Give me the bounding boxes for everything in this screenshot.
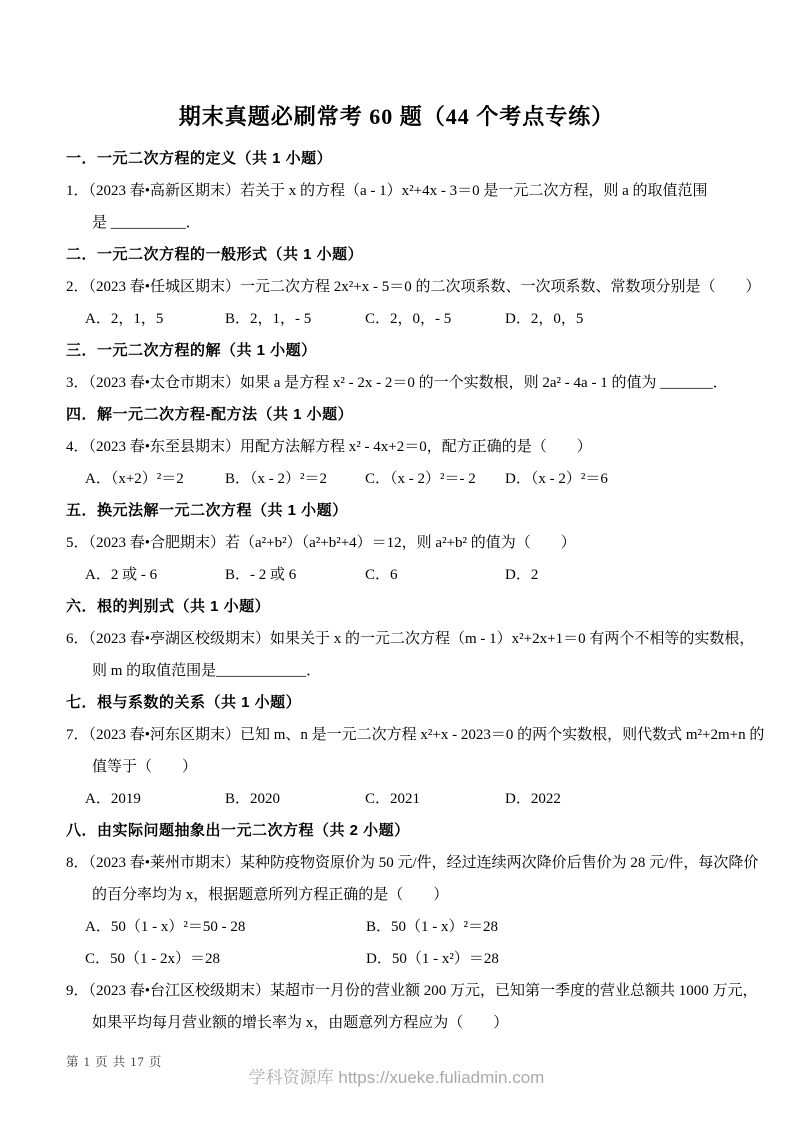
- question-4-options: A．（x+2）²＝2 B．（x - 2）²＝2 C．（x - 2）²＝- 2 D…: [66, 463, 727, 495]
- question-9-line-1: 9．（2023 春•台江区校级期末）某超市一月份的营业额 200 万元，已知第一…: [66, 975, 727, 1007]
- question-5-options: A．2 或 - 6 B．- 2 或 6 C．6 D．2: [66, 559, 727, 591]
- question-7-option-c: C．2021: [365, 783, 505, 815]
- question-7-option-a: A．2019: [85, 783, 225, 815]
- section-7-heading: 七．根与系数的关系（共 1 小题）: [66, 687, 727, 719]
- question-2-line-1: 2．（2023 春•任城区期末）一元二次方程 2x²+x - 5＝0 的二次项系…: [66, 271, 727, 303]
- question-5-option-a: A．2 或 - 6: [85, 559, 225, 591]
- question-5-option-d: D．2: [505, 559, 538, 591]
- question-4-option-b: B．（x - 2）²＝2: [225, 463, 365, 495]
- question-2-options: A．2，1，5 B．2，1，- 5 C．2，0，- 5 D．2，0，5: [66, 303, 727, 335]
- question-4-option-d: D．（x - 2）²＝6: [505, 463, 608, 495]
- question-7-line-1: 7．（2023 春•河东区期末）已知 m、n 是一元二次方程 x²+x - 20…: [66, 719, 727, 751]
- section-5-heading: 五．换元法解一元二次方程（共 1 小题）: [66, 495, 727, 527]
- section-2-heading: 二．一元二次方程的一般形式（共 1 小题）: [66, 239, 727, 271]
- document-body: 一．一元二次方程的定义（共 1 小题） 1．（2023 春•高新区期末）若关于 …: [0, 143, 793, 1039]
- section-3-heading: 三．一元二次方程的解（共 1 小题）: [66, 335, 727, 367]
- question-8-line-2: 的百分率均为 x，根据题意所列方程正确的是（ ）: [66, 879, 727, 911]
- question-8-options-row-1: A．50（1 - x）²＝50 - 28 B．50（1 - x）²＝28: [66, 911, 727, 943]
- question-2-option-c: C．2，0，- 5: [365, 303, 505, 335]
- question-5-line-1: 5．（2023 春•合肥期末）若（a²+b²）（a²+b²+4）＝12，则 a²…: [66, 527, 727, 559]
- question-8-line-1: 8．（2023 春•莱州市期末）某种防疫物资原价为 50 元/件，经过连续两次降…: [66, 847, 727, 879]
- question-8-option-c: C．50（1 - 2x）＝28: [85, 943, 366, 975]
- question-5-option-c: C．6: [365, 559, 505, 591]
- question-8-option-b: B．50（1 - x）²＝28: [366, 911, 498, 943]
- question-3-line-1: 3．（2023 春•太仓市期末）如果 a 是方程 x² - 2x - 2＝0 的…: [66, 367, 727, 399]
- question-5-option-b: B．- 2 或 6: [225, 559, 365, 591]
- question-1-line-1: 1．（2023 春•高新区期末）若关于 x 的方程（a - 1）x²+4x - …: [66, 175, 727, 207]
- question-2-option-b: B．2，1，- 5: [225, 303, 365, 335]
- section-4-heading: 四．解一元二次方程-配方法（共 1 小题）: [66, 399, 727, 431]
- question-1-line-2: 是 __________．: [66, 207, 727, 239]
- page-title: 期末真题必刷常考 60 题（44 个考点专练）: [0, 0, 793, 133]
- question-2-option-a: A．2，1，5: [85, 303, 225, 335]
- section-1-heading: 一．一元二次方程的定义（共 1 小题）: [66, 143, 727, 175]
- document-page: 期末真题必刷常考 60 题（44 个考点专练） 一．一元二次方程的定义（共 1 …: [0, 0, 793, 1122]
- watermark: 学科资源库 https://xueke.fuliadmin.com: [0, 1063, 793, 1088]
- question-4-option-a: A．（x+2）²＝2: [85, 463, 225, 495]
- question-2-option-d: D．2，0，5: [505, 303, 583, 335]
- question-6-line-2: 则 m 的取值范围是____________．: [66, 655, 727, 687]
- question-4-line-1: 4．（2023 春•东至县期末）用配方法解方程 x² - 4x+2＝0，配方正确…: [66, 431, 727, 463]
- question-6-line-1: 6．（2023 春•亭湖区校级期末）如果关于 x 的一元二次方程（m - 1）x…: [66, 623, 727, 655]
- section-6-heading: 六．根的判别式（共 1 小题）: [66, 591, 727, 623]
- question-9-line-2: 如果平均每月营业额的增长率为 x，由题意列方程应为（ ）: [66, 1007, 727, 1039]
- section-8-heading: 八．由实际问题抽象出一元二次方程（共 2 小题）: [66, 815, 727, 847]
- question-8-option-a: A．50（1 - x）²＝50 - 28: [85, 911, 366, 943]
- question-7-option-d: D．2022: [505, 783, 561, 815]
- question-8-options-row-2: C．50（1 - 2x）＝28 D．50（1 - x²）＝28: [66, 943, 727, 975]
- question-7-option-b: B．2020: [225, 783, 365, 815]
- question-7-options: A．2019 B．2020 C．2021 D．2022: [66, 783, 727, 815]
- question-8-option-d: D．50（1 - x²）＝28: [366, 943, 499, 975]
- question-4-option-c: C．（x - 2）²＝- 2: [365, 463, 505, 495]
- question-7-line-2: 值等于（ ）: [66, 751, 727, 783]
